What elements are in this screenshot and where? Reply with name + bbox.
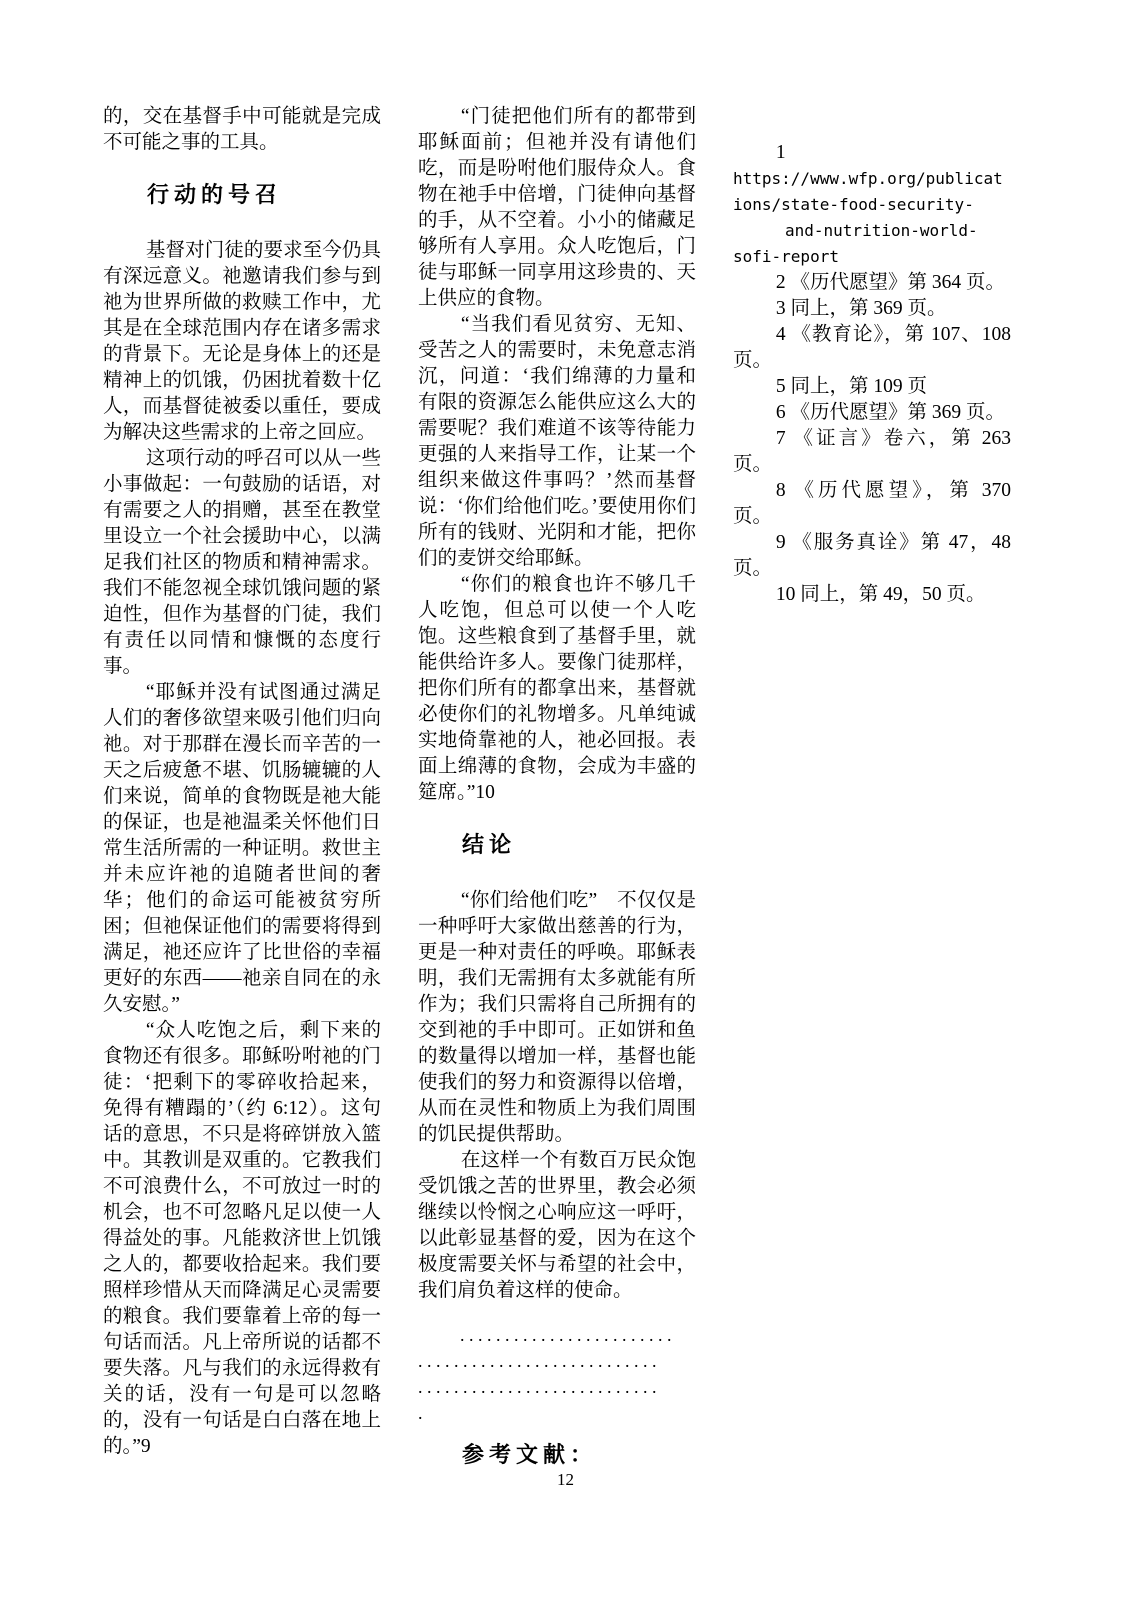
body-paragraph: “当我们看见贫穷、无知、受苦之人的需要时，未免意志消沉，问道：‘我们绵薄的力量和… [418,312,696,572]
column-2: “门徒把他们所有的都带到耶稣面前；但祂并没有请他们吃，而是吩咐他们服侍众人。食物… [418,104,696,1468]
reference-item: 4 《教育论》，第 107、108 页。 [733,322,1011,374]
dotted-line: . . . . . . . . . . . . . . . . . . . . … [418,1322,696,1348]
body-paragraph: “你们给他们吃” 不仅仅是一种呼吁大家做出慈善的行为，更是一种对责任的呼唤。耶稣… [418,888,696,1148]
references-heading: 参考文献： [418,1442,696,1468]
reference-item: 7 《证言》卷六，第 263 页。 [733,426,1011,478]
body-paragraph: “你们的粮食也许不够几千人吃饱，但总可以使一个人吃饱。这些粮食到了基督手里，就能… [418,572,696,806]
body-paragraph: 基督对门徒的要求至今仍具有深远意义。祂邀请我们参与到祂为世界所做的救赎工作中，尤… [103,238,381,446]
dotted-line: . . . . . . . . . . . . . . . . . . . . … [418,1374,696,1400]
reference-item-1: 1 https://www.wfp.org/publicat ions/stat… [733,140,1011,270]
column-3-references: 1 https://www.wfp.org/publicat ions/stat… [733,104,1011,608]
reference-number: 1 [733,140,1011,166]
reference-url-line: ions/state-food-security- [733,192,1011,218]
reference-item: 5 同上，第 109 页 [733,374,1011,400]
body-paragraph: 这项行动的呼召可以从一些小事做起：一句鼓励的话语，对有需要之人的捐赠，甚至在教堂… [103,446,381,680]
reference-item: 2 《历代愿望》第 364 页。 [733,270,1011,296]
reference-item: 8 《历代愿望》，第 370 页。 [733,478,1011,530]
three-column-layout: 的，交在基督手中可能就是完成不可能之事的工具。 行动的号召 基督对门徒的要求至今… [103,104,1011,1468]
reference-url-line: https://www.wfp.org/publicat [733,166,1011,192]
continuation-paragraph: 的，交在基督手中可能就是完成不可能之事的工具。 [103,104,381,156]
section-heading-call-to-action: 行动的号召 [103,182,381,208]
dotted-fill-lines: . . . . . . . . . . . . . . . . . . . . … [418,1322,696,1426]
body-paragraph: “耶稣并没有试图通过满足人们的奢侈欲望来吸引他们归向祂。对于那群在漫长而辛苦的一… [103,680,381,1018]
reference-item: 9 《服务真诠》第 47，48 页。 [733,530,1011,582]
body-paragraph: “门徒把他们所有的都带到耶稣面前；但祂并没有请他们吃，而是吩咐他们服侍众人。食物… [418,104,696,312]
dotted-line: . . . . . . . . . . . . . . . . . . . . … [418,1348,696,1374]
reference-item: 3 同上，第 369 页。 [733,296,1011,322]
body-paragraph: 在这样一个有数百万民众饱受饥饿之苦的世界里，教会必须继续以怜悯之心响应这一呼吁，… [418,1148,696,1304]
reference-item: 10 同上，第 49，50 页。 [733,582,1011,608]
document-page: 的，交在基督手中可能就是完成不可能之事的工具。 行动的号召 基督对门徒的要求至今… [0,0,1131,1600]
reference-item: 6 《历代愿望》第 369 页。 [733,400,1011,426]
dotted-line: . [418,1400,696,1426]
body-paragraph: “众人吃饱之后，剩下来的食物还有很多。耶稣吩咐祂的门徒：‘把剩下的零碎收拾起来，… [103,1018,381,1460]
reference-url-line: sofi-report [733,244,1011,270]
page-number: 12 [0,1470,1131,1490]
column-1: 的，交在基督手中可能就是完成不可能之事的工具。 行动的号召 基督对门徒的要求至今… [103,104,381,1460]
section-heading-conclusion: 结论 [418,832,696,858]
reference-url-line: and-nutrition-world- [733,218,1011,244]
